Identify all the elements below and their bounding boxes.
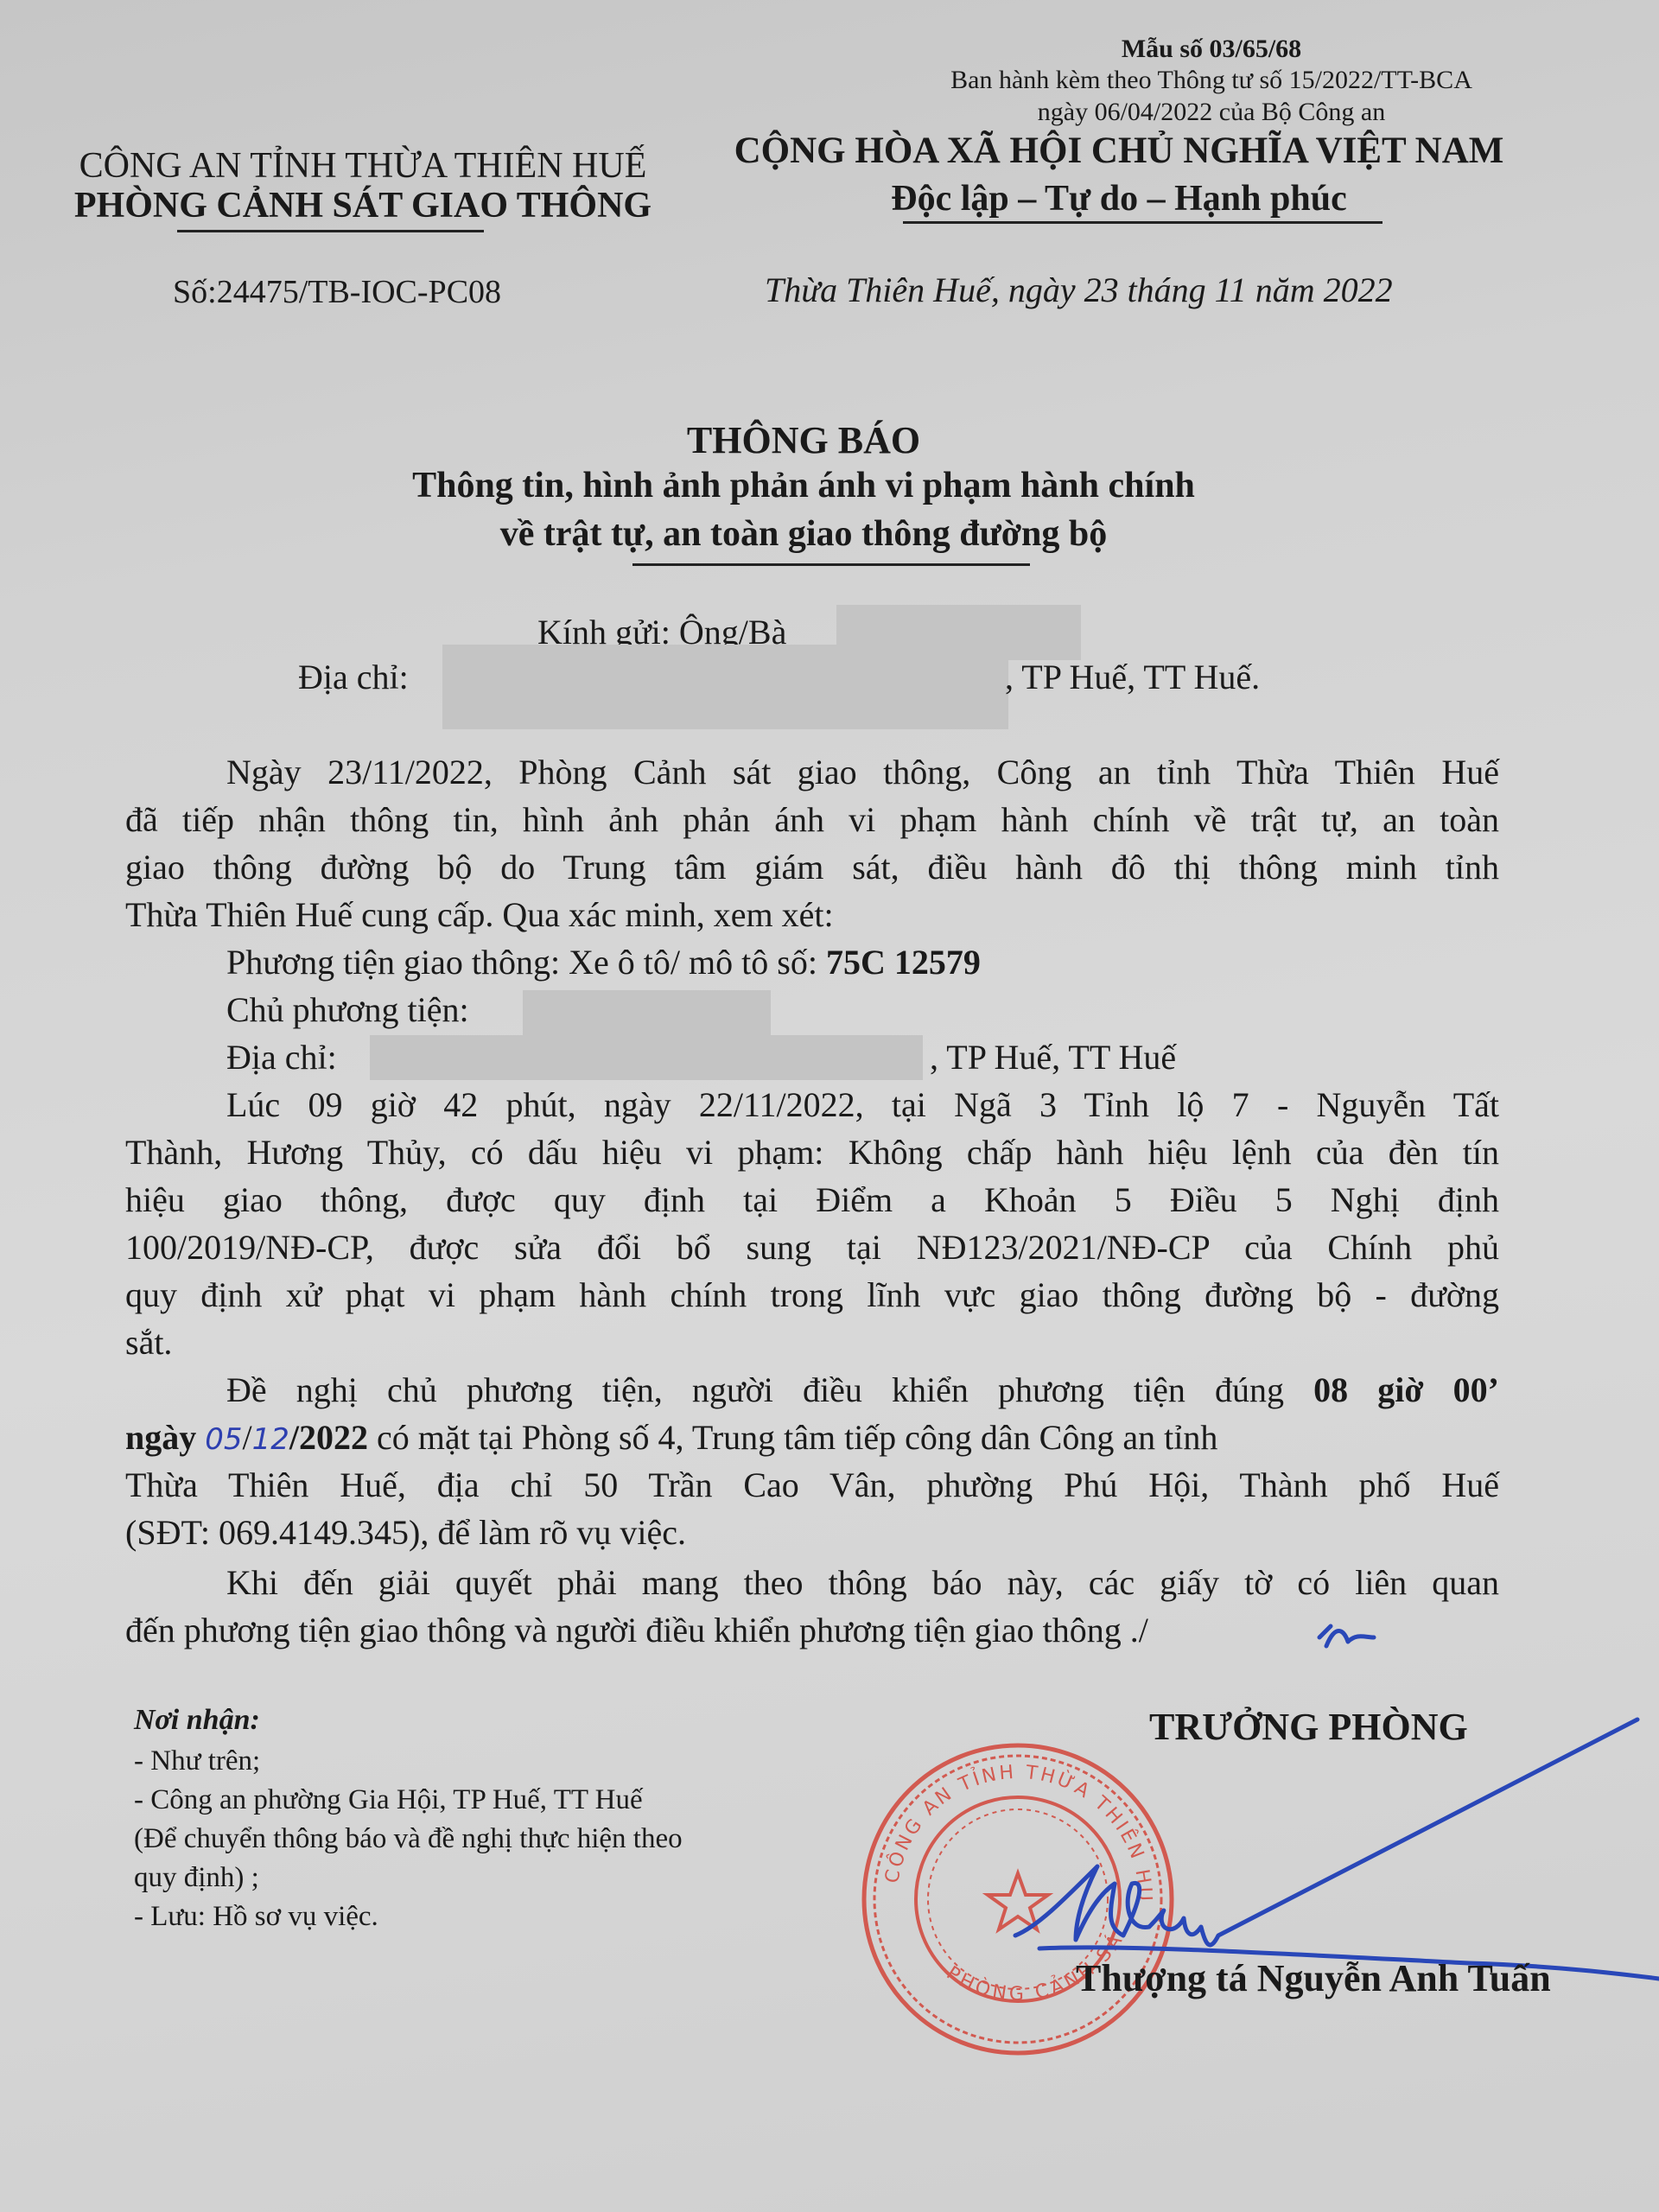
form-number: Mẫu số 03/65/68 [1122,35,1301,64]
appointment-time: 08 giờ 00’ [1313,1370,1499,1409]
handwritten-signature-icon [1015,1626,1659,1979]
form-reference-line-2: ngày 06/04/2022 của Bộ Công an [1038,98,1385,127]
paragraph-2-line: quy định xử phạt vi phạm hành chính tron… [125,1274,1499,1315]
address-label: Địa chỉ: [298,657,409,697]
document-subtitle-line-1: Thông tin, hình ảnh phản ánh vi phạm hàn… [412,465,1195,506]
recipients-title: Nơi nhận: [134,1704,260,1737]
document-subtitle-line-2: về trật tự, an toàn giao thông đường bộ [500,513,1108,555]
vehicle-info: Phương tiện giao thông: Xe ô tô/ mô tô s… [226,942,1499,982]
recipient-item: - Như trên; [134,1745,260,1777]
signer-position: TRƯỞNG PHÒNG [1149,1705,1468,1749]
redacted-owner-address [370,1035,923,1080]
redacted-addressee-address [442,645,1008,729]
paragraph-3-text: Đề nghị chủ phương tiện, người điều khiể… [226,1370,1313,1409]
handwritten-day: 05 [205,1422,242,1457]
paragraph-2-line: Thành, Hương Thủy, có dấu hiệu vi phạm: … [125,1132,1499,1173]
paragraph-1-line: Thừa Thiên Huế cung cấp. Qua xác minh, x… [125,894,1499,935]
paragraph-3-line: Thừa Thiên Huế, địa chỉ 50 Trần Cao Vân,… [125,1465,1499,1505]
paragraph-2-line: hiệu giao thông, được quy định tại Điểm … [125,1179,1499,1220]
paragraph-2-line: sắt. [125,1322,1499,1363]
paragraph-1-line: đã tiếp nhận thông tin, hình ảnh phản án… [125,799,1499,840]
department-underline [177,230,484,232]
signer-name: Thượng tá Nguyễn Anh Tuấn [1076,1956,1551,2000]
paragraph-2-line: 100/2019/NĐ-CP, được sửa đổi bổ sung tại… [125,1227,1499,1268]
paragraph-3-line: ngày 05/12/2022 có mặt tại Phòng số 4, T… [125,1417,1499,1458]
paragraph-2-line: Lúc 09 giờ 42 phút, ngày 22/11/2022, tại… [226,1084,1499,1125]
paragraph-4-line: đến phương tiện giao thông và người điều… [125,1610,1499,1650]
issuing-department: PHÒNG CẢNH SÁT GIAO THÔNG [74,185,652,226]
appointment-year: /2022 [289,1418,368,1457]
national-motto: Độc lập – Tự do – Hạnh phúc [891,178,1346,219]
paragraph-3-line: Đề nghị chủ phương tiện, người điều khiể… [226,1370,1499,1410]
paragraph-1-line: giao thông đường bộ do Trung tâm giám sá… [125,847,1499,887]
issuing-agency: CÔNG AN TỈNH THỪA THIÊN HUẾ [79,145,647,187]
national-title: CỘNG HÒA XÃ HỘI CHỦ NGHĨA VIỆT NAM [734,130,1504,172]
recipient-item: (Để chuyển thông báo và đề nghị thực hiệ… [134,1823,683,1855]
paragraph-1-line: Ngày 23/11/2022, Phòng Cảnh sát giao thô… [226,752,1499,792]
address-suffix: , TP Huế, TT Huế. [1005,657,1260,697]
redacted-owner-name [523,990,771,1035]
paragraph-4-line: Khi đến giải quyết phải mang theo thông … [226,1562,1499,1603]
handwritten-month: 12 [252,1422,289,1457]
form-reference-line-1: Ban hành kèm theo Thông tư số 15/2022/TT… [950,66,1472,95]
owner-label: Chủ phương tiện: [226,989,1499,1030]
document-number: Số:24475/TB-IOC-PC08 [173,273,501,311]
recipient-item: - Công an phường Gia Hội, TP Huế, TT Huế [134,1784,643,1816]
date-slash: / [243,1418,252,1457]
appointment-day-label: ngày [125,1418,205,1457]
title-underline [632,563,1030,566]
document-title: THÔNG BÁO [687,418,920,462]
recipient-item: quy định) ; [134,1862,259,1894]
vehicle-plate: 75C 12579 [826,943,981,982]
recipient-item: - Lưu: Hồ sơ vụ việc. [134,1901,378,1933]
document-date: Thừa Thiên Huế, ngày 23 tháng 11 năm 202… [765,270,1393,310]
paragraph-3-line: (SĐT: 069.4149.345), để làm rõ vụ việc. [125,1512,1499,1553]
owner-address-suffix: , TP Huế, TT Huế [930,1037,1176,1077]
appointment-location: có mặt tại Phòng số 4, Trung tâm tiếp cô… [368,1418,1217,1457]
motto-underline [903,221,1382,224]
vehicle-label: Phương tiện giao thông: Xe ô tô/ mô tô s… [226,943,826,982]
